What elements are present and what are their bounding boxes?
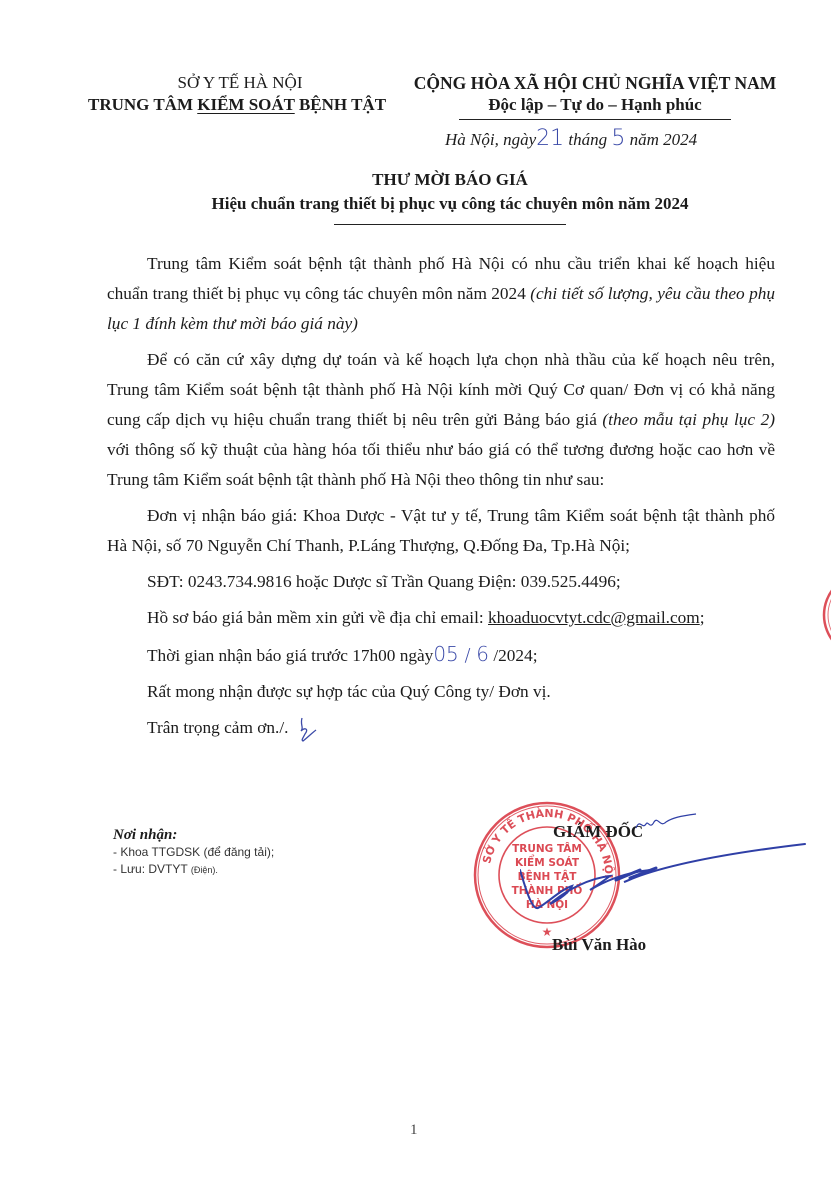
signer-name: Bùi Văn Hào [552,935,646,955]
recipients-block: Nơi nhận: - Khoa TTGDSK (để đăng tải); -… [113,826,274,879]
recipient-item: - Lưu: DVTYT (Điện). [113,861,274,879]
dateline: Hà Nội, ngày21 tháng 5 năm 2024 [445,126,697,151]
paragraph-invitation: Để có căn cứ xây dựng dự toán và kế hoạc… [107,345,775,495]
paragraph-phone: SĐT: 0243.734.9816 hoặc Dược sĩ Trần Qua… [107,567,775,597]
document-title-block: THƯ MỜI BÁO GIÁ Hiệu chuẩn trang thiết b… [100,168,800,225]
paragraph-intro: Trung tâm Kiểm soát bệnh tật thành phố H… [107,249,775,339]
handwritten-deadline-month: 6 [476,642,489,666]
partial-seal-icon [806,570,831,660]
national-title: CỘNG HÒA XÃ HỘI CHỦ NGHĨA VIỆT NAM [385,72,805,94]
paragraph-deadline: Thời gian nhận báo giá trước 17h00 ngày0… [107,639,775,671]
paragraph-thanks: Trân trọng cảm ơn./. [107,713,775,743]
paragraph-cooperation: Rất mong nhận được sự hợp tác của Quý Cô… [107,677,775,707]
recipients-heading: Nơi nhận: [113,826,274,844]
handwritten-month: 5 [611,126,625,151]
letter-body: Trung tâm Kiểm soát bệnh tật thành phố H… [107,249,775,749]
agency-name: TRUNG TÂM KIỂM SOÁT BỆNH TẬT [88,94,380,116]
national-motto: Độc lập – Tự do – Hạnh phúc [385,94,805,116]
recipient-item: - Khoa TTGDSK (để đăng tải); [113,844,274,861]
title-underline [334,224,566,225]
agency-name-underlined: KIỂM SOÁT [197,95,294,114]
handwritten-initial-icon [296,715,322,743]
agency-parent: SỞ Y TẾ HÀ NỘI [100,72,380,94]
national-header: CỘNG HÒA XÃ HỘI CHỦ NGHĨA VIỆT NAM Độc l… [385,72,805,120]
handwritten-day: 21 [536,126,564,151]
handwritten-deadline-day: 05 [433,642,458,666]
paragraph-recipient-unit: Đơn vị nhận báo giá: Khoa Dược - Vật tư … [107,501,775,561]
motto-underline [459,119,731,120]
page-number: 1 [410,1122,418,1139]
issuing-agency-header: SỞ Y TẾ HÀ NỘI TRUNG TÂM KIỂM SOÁT BỆNH … [100,72,380,116]
paragraph-email: Hồ sơ báo giá bản mềm xin gửi về địa chỉ… [107,603,775,633]
director-signature-icon [520,820,810,930]
document-subtitle: Hiệu chuẩn trang thiết bị phục vụ công t… [100,192,800,216]
email-link[interactable]: khoaduocvtyt.cdc@gmail.com [488,608,700,627]
document-title: THƯ MỜI BÁO GIÁ [100,168,800,192]
